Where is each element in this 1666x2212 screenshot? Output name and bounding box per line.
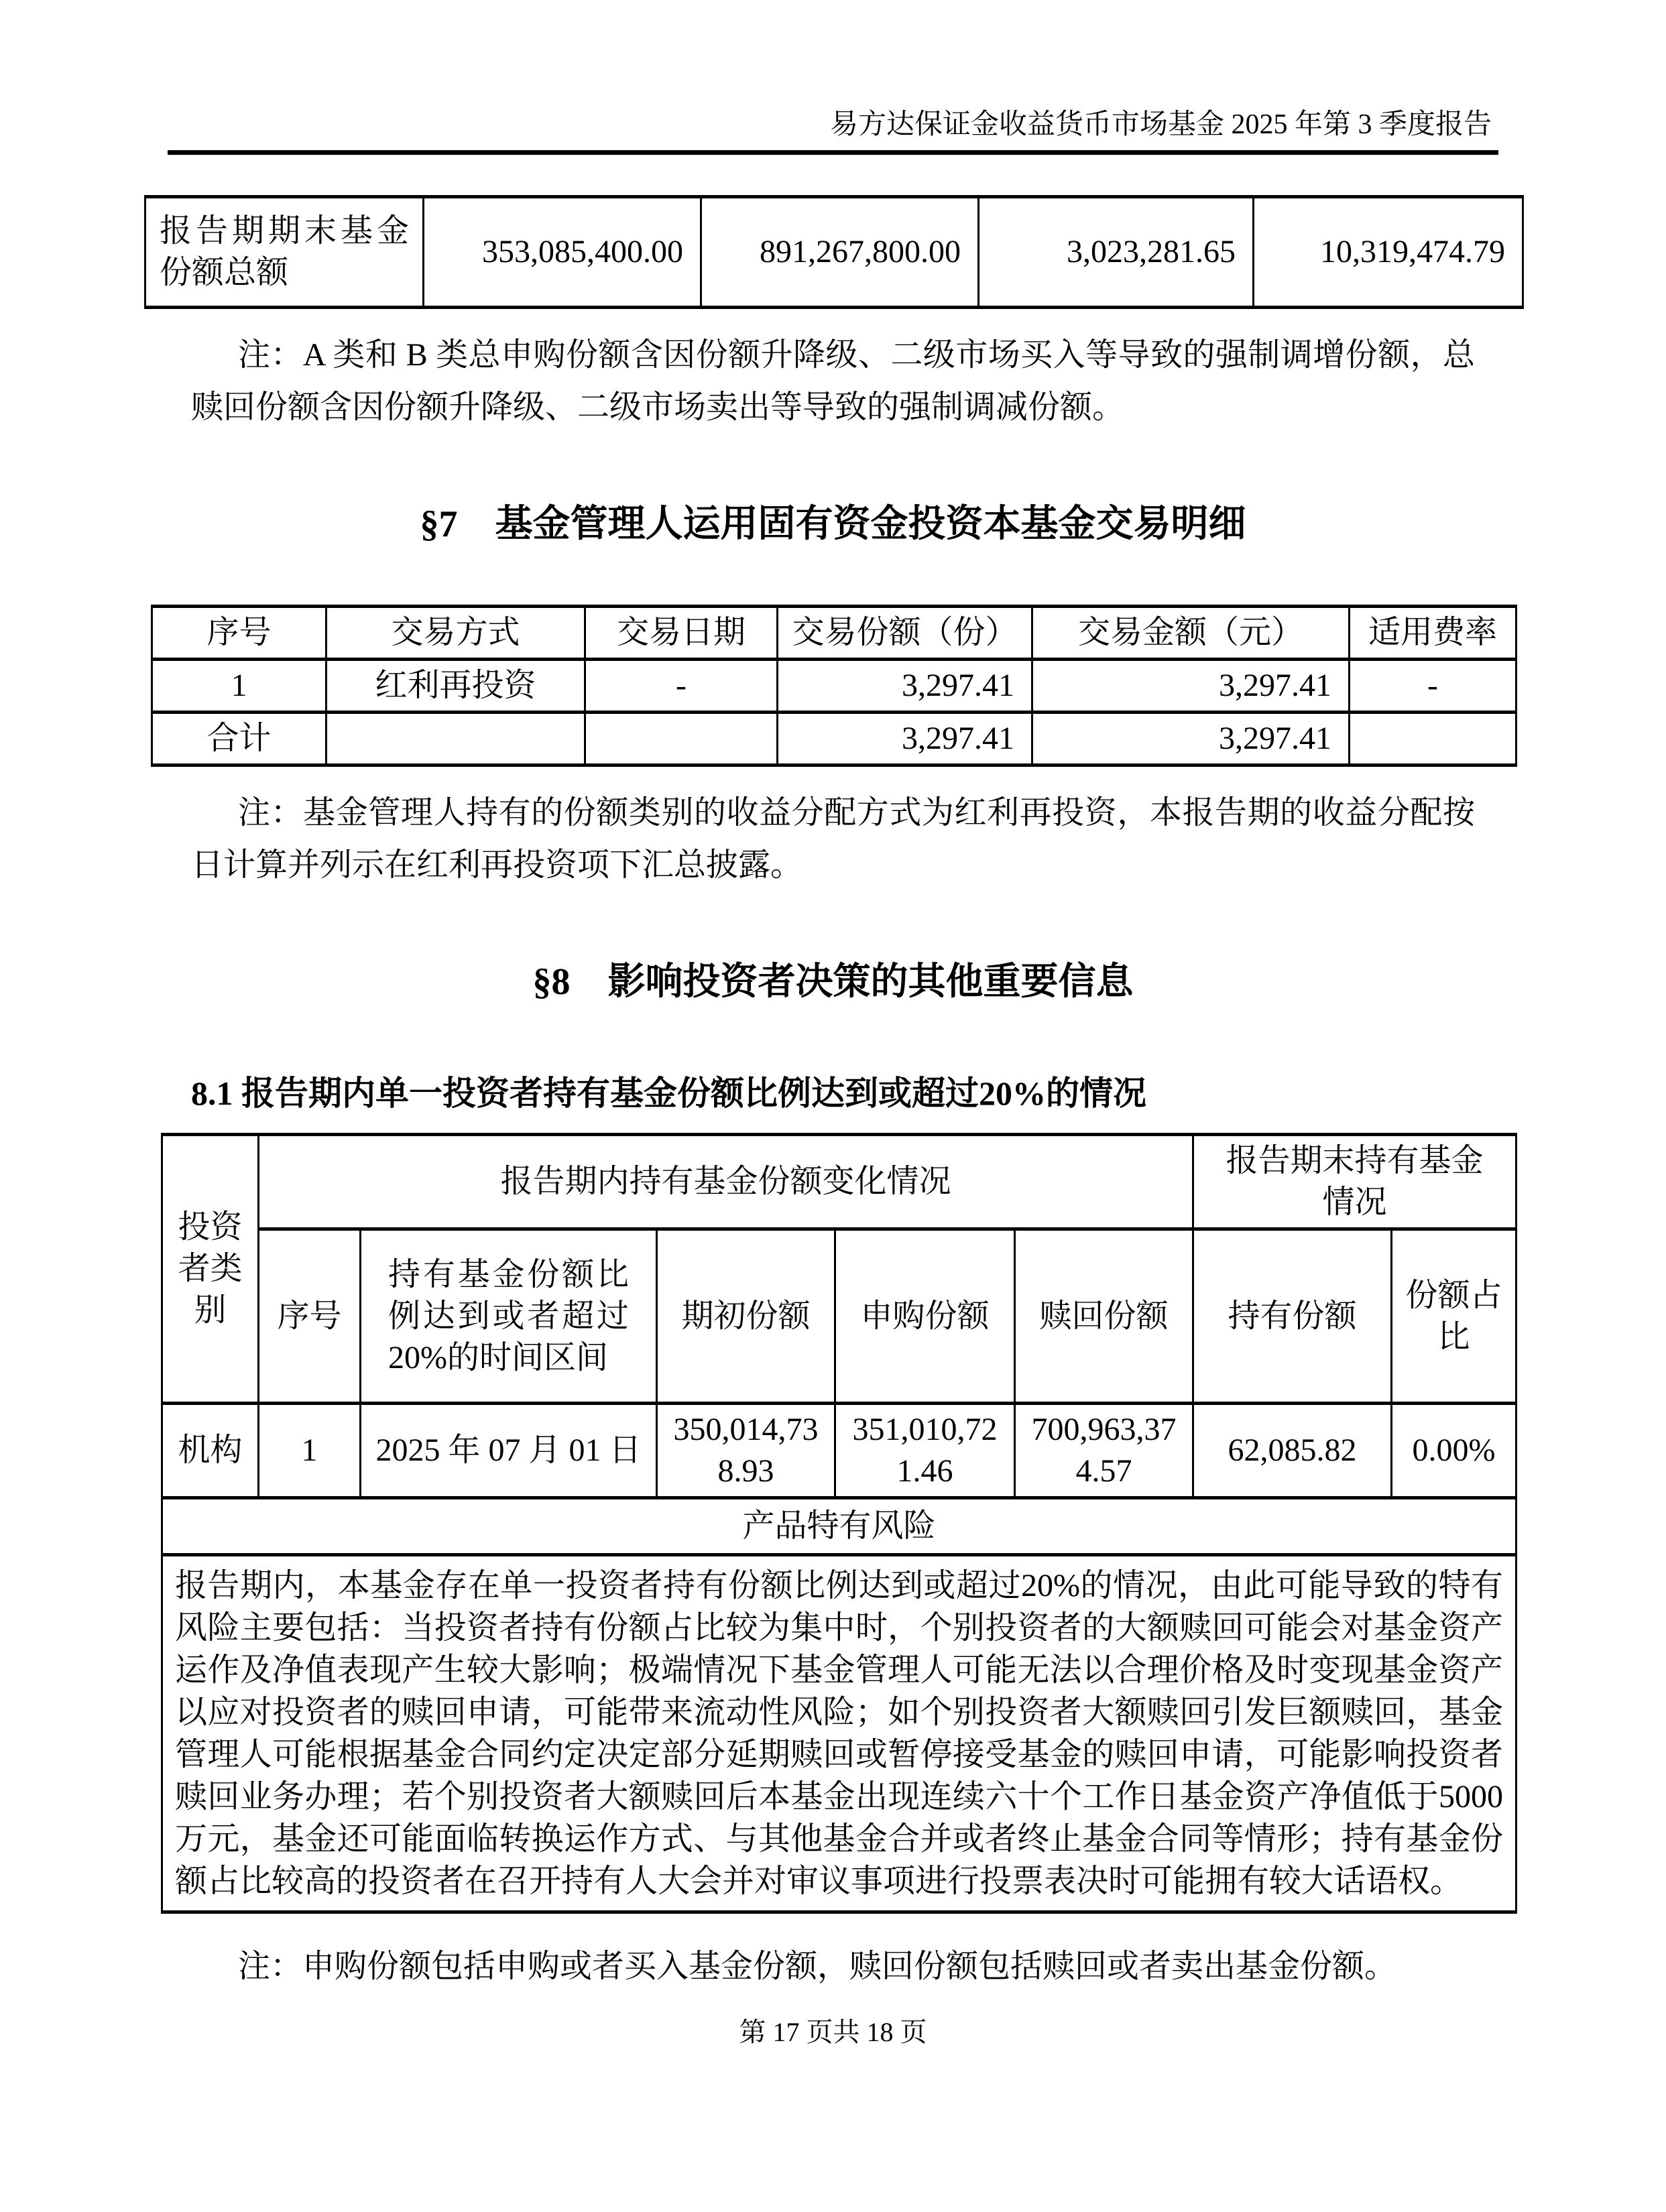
- table-header-row: 序号 交易方式 交易日期 交易份额（份） 交易金额（元） 适用费率: [152, 607, 1516, 660]
- cell-trade-type: 红利再投资: [326, 660, 585, 713]
- cell-held-shares: 62,085.82: [1193, 1404, 1392, 1498]
- header-divider: [168, 150, 1498, 155]
- col-header-subscribed-shares: 申购份额: [835, 1229, 1015, 1404]
- table-data-row: 机构 1 2025 年 07 月 01 日 350,014,738.93 351…: [162, 1404, 1516, 1498]
- heading-8-1: 8.1 报告期内单一投资者持有基金份额比例达到或超过20%的情况: [191, 1072, 1498, 1114]
- manager-transactions-table: 序号 交易方式 交易日期 交易份额（份） 交易金额（元） 适用费率 1 红利再投…: [151, 605, 1517, 767]
- cell-redeemed-shares: 700,963,374.57: [1015, 1404, 1193, 1498]
- risk-section-header: 产品特有风险: [162, 1498, 1516, 1555]
- col-header-index: 序号: [259, 1229, 361, 1404]
- major-holder-table: 投资者类别 报告期内持有基金份额变化情况 报告期末持有基金情况 序号 持有基金份…: [161, 1133, 1517, 1914]
- col-header-held-shares: 持有份额: [1193, 1229, 1392, 1404]
- cell-total-amount: 3,297.41: [1032, 713, 1350, 765]
- value-class-c: 3,023,281.65: [979, 197, 1254, 308]
- value-class-b: 891,267,800.00: [701, 197, 979, 308]
- table-total-row: 合计 3,297.41 3,297.41: [152, 713, 1516, 765]
- value-class-d: 10,319,474.79: [1254, 197, 1523, 308]
- col-header-opening-shares: 期初份额: [657, 1229, 835, 1404]
- cell-total-label: 合计: [152, 713, 326, 765]
- cell-total-shares: 3,297.41: [778, 713, 1032, 765]
- group-header-period-change: 报告期内持有基金份额变化情况: [259, 1135, 1193, 1229]
- col-header-investor-type: 投资者类别: [162, 1135, 259, 1404]
- cell-empty: [326, 713, 585, 765]
- cell-trade-shares: 3,297.41: [778, 660, 1032, 713]
- col-header-time-range: 持有基金份额比例达到或者超过20%的时间区间: [361, 1229, 657, 1404]
- cell-trade-date: -: [585, 660, 778, 713]
- table-subheader-row: 序号 持有基金份额比例达到或者超过20%的时间区间 期初份额 申购份额 赎回份额…: [162, 1229, 1516, 1404]
- table-risk-text-row: 报告期内，本基金存在单一投资者持有份额比例达到或超过20%的情况，由此可能导致的…: [162, 1555, 1516, 1912]
- page-number: 第 17 页共 18 页: [0, 2011, 1666, 2049]
- cell-subscribed-shares: 351,010,721.46: [835, 1404, 1015, 1498]
- period-end-shares-table: 报告期期末基金份额总额 353,085,400.00 891,267,800.0…: [144, 195, 1524, 309]
- cell-opening-shares: 350,014,738.93: [657, 1404, 835, 1498]
- section7-title: §7 基金管理人运用固有资金投资本基金交易明细: [0, 501, 1666, 548]
- cell-time-range: 2025 年 07 月 01 日: [361, 1404, 657, 1498]
- table-row: 报告期期末基金份额总额 353,085,400.00 891,267,800.0…: [145, 197, 1523, 308]
- cell-index: 1: [259, 1404, 361, 1498]
- risk-description-text: 报告期内，本基金存在单一投资者持有份额比例达到或超过20%的情况，由此可能导致的…: [162, 1555, 1516, 1912]
- table-row: 1 红利再投资 - 3,297.41 3,297.41 -: [152, 660, 1516, 713]
- cell-fee-rate: -: [1350, 660, 1516, 713]
- col-header-fee-rate: 适用费率: [1350, 607, 1516, 660]
- page-header-title: 易方达保证金收益货币市场基金 2025 年第 3 季度报告: [168, 0, 1492, 142]
- col-header-redeemed-shares: 赎回份额: [1015, 1229, 1193, 1404]
- table-group-header-row: 投资者类别 报告期内持有基金份额变化情况 报告期末持有基金情况: [162, 1135, 1516, 1229]
- col-header-trade-type: 交易方式: [326, 607, 585, 660]
- col-header-share-ratio: 份额占比: [1392, 1229, 1516, 1404]
- col-header-index: 序号: [152, 607, 326, 660]
- cell-index: 1: [152, 660, 326, 713]
- col-header-trade-amount: 交易金额（元）: [1032, 607, 1350, 660]
- group-header-period-end: 报告期末持有基金情况: [1193, 1135, 1516, 1229]
- note-dividend-reinvestment: 注：基金管理人持有的份额类别的收益分配方式为红利再投资，本报告期的收益分配按日计…: [191, 787, 1475, 892]
- section8-title: §8 影响投资者决策的其他重要信息: [0, 959, 1666, 1005]
- cell-investor-type: 机构: [162, 1404, 259, 1498]
- cell-trade-amount: 3,297.41: [1032, 660, 1350, 713]
- col-header-trade-shares: 交易份额（份）: [778, 607, 1032, 660]
- value-class-a: 353,085,400.00: [424, 197, 701, 308]
- cell-empty: [585, 713, 778, 765]
- col-header-trade-date: 交易日期: [585, 607, 778, 660]
- report-page: 易方达保证金收益货币市场基金 2025 年第 3 季度报告 报告期期末基金份额总…: [0, 0, 1666, 2212]
- table-risk-header-row: 产品特有风险: [162, 1498, 1516, 1555]
- cell-empty: [1350, 713, 1516, 765]
- note-share-adjustment: 注：A 类和 B 类总申购份额含因份额升降级、二级市场买入等导致的强制调增份额，…: [191, 329, 1475, 434]
- cell-share-ratio: 0.00%: [1392, 1404, 1516, 1498]
- note-subscription-definition: 注：申购份额包括申购或者买入基金份额，赎回份额包括赎回或者卖出基金份额。: [191, 1941, 1475, 1993]
- row-label-period-end-total-shares: 报告期期末基金份额总额: [145, 197, 424, 308]
